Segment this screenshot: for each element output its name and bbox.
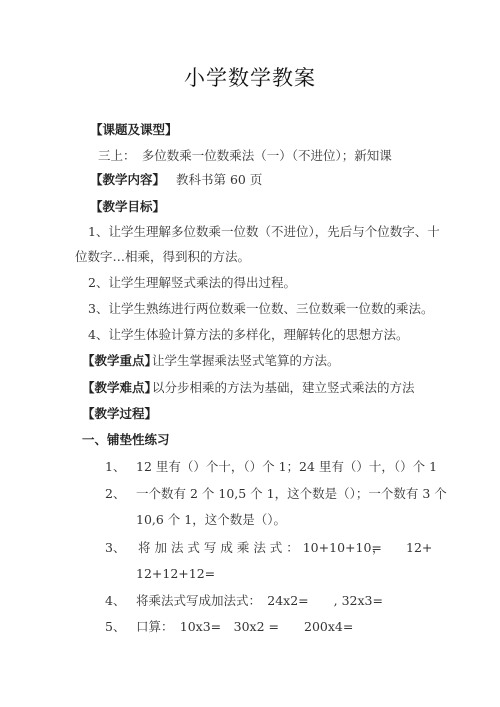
topic-text: 三上： 多位数乘一位数乘法（一）（不进位）；新知课 — [98, 148, 392, 164]
exercise-5-num: 5、 — [105, 619, 125, 635]
key-point-text: 让学生掌握乘法竖式笔算的方法。 — [152, 353, 340, 369]
exercise-4-line1: 将乘法式写成加法式： 24x2= , 32x3= — [136, 593, 383, 609]
exercise-2-line1: 一个数有 2 个 10,5 个 1，这个数是（）；一个数有 3 个 — [136, 486, 447, 502]
exercise-1-num: 1、 — [105, 459, 125, 475]
objective-1-line2: 位数字…相乘，得到积的方法。 — [75, 249, 250, 265]
exercise-5-line1: 口算： 10x3= 30x2 = 200x4= — [136, 619, 353, 635]
objective-2: 2、让学生理解竖式乘法的得出过程。 — [88, 275, 296, 291]
exercise-3-tail: 12+ — [406, 540, 432, 556]
exercise-2-line2: 10,6 个 1，这个数是（）。 — [136, 512, 286, 528]
page-title: 小学数学教案 — [0, 62, 500, 92]
difficulty-text: 以分步相乘的方法为基础，建立竖式乘法的方法 — [152, 380, 415, 396]
exercise-4-num: 4、 — [105, 593, 125, 609]
content-text: 教科书第 60 页 — [176, 172, 262, 188]
exercise-3-line2: 12+12+12= — [136, 566, 215, 582]
difficulty-heading: 【教学难点】 — [82, 380, 157, 396]
key-point-heading: 【教学重点】 — [82, 353, 157, 369]
objective-3: 3、让学生熟练进行两位数乘一位数、三位数乘一位数的乘法。 — [88, 301, 433, 317]
content-heading: 【教学内容】 — [90, 172, 165, 188]
exercise-3-num: 3、 — [105, 540, 125, 556]
objective-1-line1: 1、让学生理解多位数乘一位数（不进位），先后与个位数字、十 — [88, 224, 440, 240]
exercise-3-comma: ， — [372, 540, 385, 556]
topic-heading: 【课题及课型】 — [90, 122, 178, 138]
exercise-1-line1: 12 里有（）个十，（）个 1；24 里有（）十，（）个 1 — [136, 459, 437, 475]
objectives-heading: 【教学目标】 — [90, 199, 165, 215]
section1-heading: 一、铺垫性练习 — [82, 432, 170, 448]
objective-4: 4、让学生体验计算方法的多样化，理解转化的思想方法。 — [88, 327, 408, 343]
process-heading: 【教学过程】 — [82, 406, 157, 422]
exercise-2-num: 2、 — [105, 486, 125, 502]
exercise-3-line1: 将 加 法 式 写 成 乘 法 式 ： 10+10+10= — [138, 540, 382, 556]
